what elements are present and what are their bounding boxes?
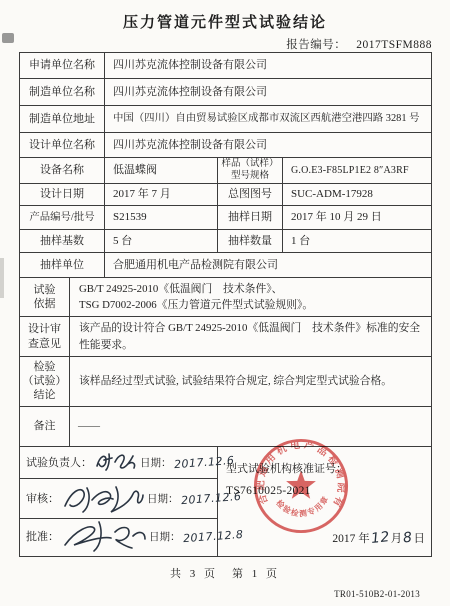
seal-date-month-unit: 月 [391,533,403,545]
table-row: 设计审 查意见 该产品的设计符合 GB/T 24925-2010《低温阀门 技术… [20,317,431,356]
seal-date-year: 2017 年 [332,533,369,545]
row-label: 设计日期 [20,184,105,205]
tester-signature-icon [94,451,138,473]
row-value: —— [70,407,431,446]
row-value: 四川苏克流体控制设备有限公司 [105,79,431,105]
report-number: 报告编号：2017TSFM888 [286,36,432,52]
row-label: 设计审 查意见 [20,317,70,355]
role-label: 批准： [26,528,59,544]
date-label: 日期： [140,455,172,470]
row-value: S21539 [105,206,218,229]
row-value: 该样品经过型式试验, 试验结果符合规定, 综合判定型式试验合格。 [70,357,431,406]
row-label: 申请单位名称 [20,53,105,78]
row-value: 合肥通用机电产品检测院有限公司 [105,253,431,277]
table-row: 申请单位名称 四川苏克流体控制设备有限公司 [20,53,431,79]
table-row: 抽样基数 5 台 抽样数量 1 台 [20,230,431,253]
row-value: 低温蝶阀 [105,158,218,183]
scan-artifact [2,33,14,43]
role-label: 审核： [26,490,59,506]
scanned-report-page: { "page": { "title": "压力管道元件型式试验结论", "re… [0,0,450,606]
signature-row-approver: 批准： 日期： 2017.12.8 [20,519,217,554]
table-row: 试验 依据 GB/T 24925-2010《低温阀门 技术条件》、 TSG D7… [20,278,431,317]
reviewer-signature-icon [61,482,145,514]
row-label: 抽样日期 [218,206,283,229]
form-code: TR01-510B2-01-2013 [334,589,420,599]
cert-number-label: 型式试验机构核准证号： [226,460,347,476]
row-label: 抽样单位 [20,253,105,277]
row-label: 设计单位名称 [20,133,105,157]
row-label: 总图图号 [218,184,283,205]
row-label: 样品（试样） 型号规格 [218,158,283,183]
approver-signature-icon [61,519,147,553]
seal-date-day-unit: 日 [414,533,426,545]
table-row: 备注 —— [20,407,431,447]
table-row: 产品编号/批号 S21539 抽样日期 2017 年 10 月 29 日 [20,206,431,230]
row-value: 四川苏克流体控制设备有限公司 [105,133,431,157]
signature-column: 试验负责人： 日期： 2017.12.6 审核： 日期： 2017.12.6 [20,447,218,556]
table-row: 设计日期 2017 年 7 月 总图图号 SUC-ADM-17928 [20,184,431,206]
table-row: 制造单位名称 四川苏克流体控制设备有限公司 [20,79,431,106]
row-value: 中国（四川）自由贸易试验区成都市双流区西航港空港四路 3281 号 [105,106,431,132]
row-label: 制造单位地址 [20,106,105,132]
seal-date-day-hand: 8 [402,529,413,546]
certification-cell: 型式试验机构核准证号： TS7610025-2021 合肥通用机电产品检测院有限… [218,447,431,556]
row-value: 1 台 [283,230,431,252]
row-value: 该产品的设计符合 GB/T 24925-2010《低温阀门 技术条件》标准的安全… [70,317,431,355]
table-row: 设备名称 低温蝶阀 样品（试样） 型号规格 G.O.E3-F85LP1E2 8″… [20,158,431,184]
row-label: 制造单位名称 [20,79,105,105]
row-label: 试验 依据 [20,278,70,316]
row-label: 抽样基数 [20,230,105,252]
row-label: 检验 （试验） 结论 [20,357,70,406]
page-indicator: 共 3 页 第 1 页 [0,565,450,581]
row-label: 设备名称 [20,158,105,183]
main-table: 申请单位名称 四川苏克流体控制设备有限公司 制造单位名称 四川苏克流体控制设备有… [19,52,432,557]
row-value: 四川苏克流体控制设备有限公司 [105,53,431,78]
table-row: 设计单位名称 四川苏克流体控制设备有限公司 [20,133,431,158]
seal-date-month-hand: 12 [370,529,390,547]
scan-artifact [0,258,4,298]
row-label: 抽样数量 [218,230,283,252]
cert-number-value: TS7610025-2021 [226,485,311,497]
row-value: G.O.E3-F85LP1E2 8″A3RF [283,158,431,183]
role-label: 试验负责人： [26,454,92,470]
signature-row-reviewer: 审核： 日期： 2017.12.6 [20,479,217,519]
row-value: GB/T 24925-2010《低温阀门 技术条件》、 TSG D7002-20… [70,278,431,316]
table-row: 检验 （试验） 结论 该样品经过型式试验, 试验结果符合规定, 综合判定型式试验… [20,357,431,407]
table-row: 制造单位地址 中国（四川）自由贸易试验区成都市双流区西航港空港四路 3281 号 [20,106,431,133]
seal-caption-text: 检验检测专用章 [274,493,331,518]
date-label: 日期： [149,529,181,544]
table-row: 抽样单位 合肥通用机电产品检测院有限公司 [20,253,431,278]
row-value: 2017 年 10 月 29 日 [283,206,431,229]
report-number-label: 报告编号： [286,39,346,51]
signoff-section: 试验负责人： 日期： 2017.12.6 审核： 日期： 2017.12.6 [20,447,431,556]
row-label: 产品编号/批号 [20,206,105,229]
row-label: 备注 [20,407,70,446]
signature-row-tester: 试验负责人： 日期： 2017.12.6 [20,447,217,479]
page-title: 压力管道元件型式试验结论 [0,11,450,32]
date-label: 日期： [147,491,179,506]
report-number-value: 2017TSFM888 [356,39,432,51]
row-value: SUC-ADM-17928 [283,184,431,205]
row-value: 5 台 [105,230,218,252]
seal-date: 2017 年12月8日 [332,530,425,546]
row-value: 2017 年 7 月 [105,184,218,205]
